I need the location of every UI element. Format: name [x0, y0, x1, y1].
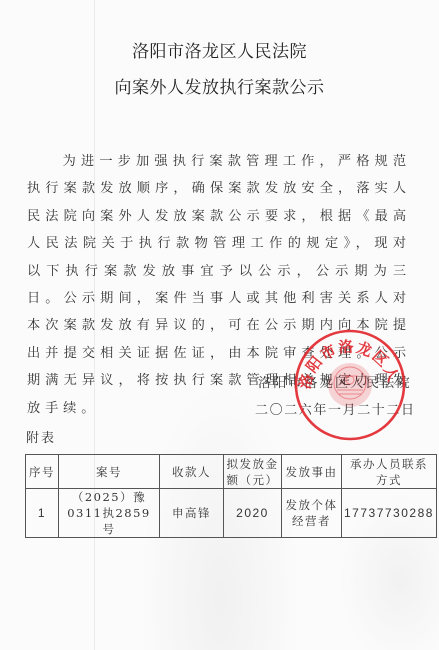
- signature-court: 洛阳市洛龙区人民法院: [258, 372, 412, 391]
- cell-contact: 17737730288: [342, 489, 437, 538]
- header-reason: 发放事由: [282, 455, 342, 489]
- cell-case-no: （2025）豫0311执2859号: [59, 489, 160, 538]
- table-row: 1 （2025）豫0311执2859号 申高锋 2020 发放个体经营者 177…: [26, 489, 437, 538]
- disbursement-table: 序号 案号 收款人 拟发放金额（元） 发放事由 承办人员联系方式 1 （2025…: [25, 454, 437, 538]
- notice-title: 向案外人发放执行案款公示: [0, 73, 439, 98]
- cell-seq: 1: [26, 489, 59, 538]
- header-case-no: 案号: [59, 455, 160, 489]
- cell-amount: 2020: [224, 489, 282, 538]
- header-payee: 收款人: [160, 455, 224, 489]
- signature-date: 二〇二六年一月二十二日: [255, 399, 416, 418]
- header-seq: 序号: [26, 455, 59, 489]
- document-page: 洛阳市洛龙区人民法院 向案外人发放执行案款公示 为进一步加强执行案款管理工作，严…: [0, 0, 439, 650]
- court-name-title: 洛阳市洛龙区人民法院: [0, 37, 439, 62]
- appendix-label: 附表: [26, 427, 56, 446]
- header-contact: 承办人员联系方式: [342, 455, 437, 489]
- table-header-row: 序号 案号 收款人 拟发放金额（元） 发放事由 承办人员联系方式: [26, 455, 437, 489]
- header-amount: 拟发放金额（元）: [224, 455, 282, 489]
- cell-reason: 发放个体经营者: [282, 489, 342, 538]
- cell-payee: 申高锋: [160, 489, 224, 538]
